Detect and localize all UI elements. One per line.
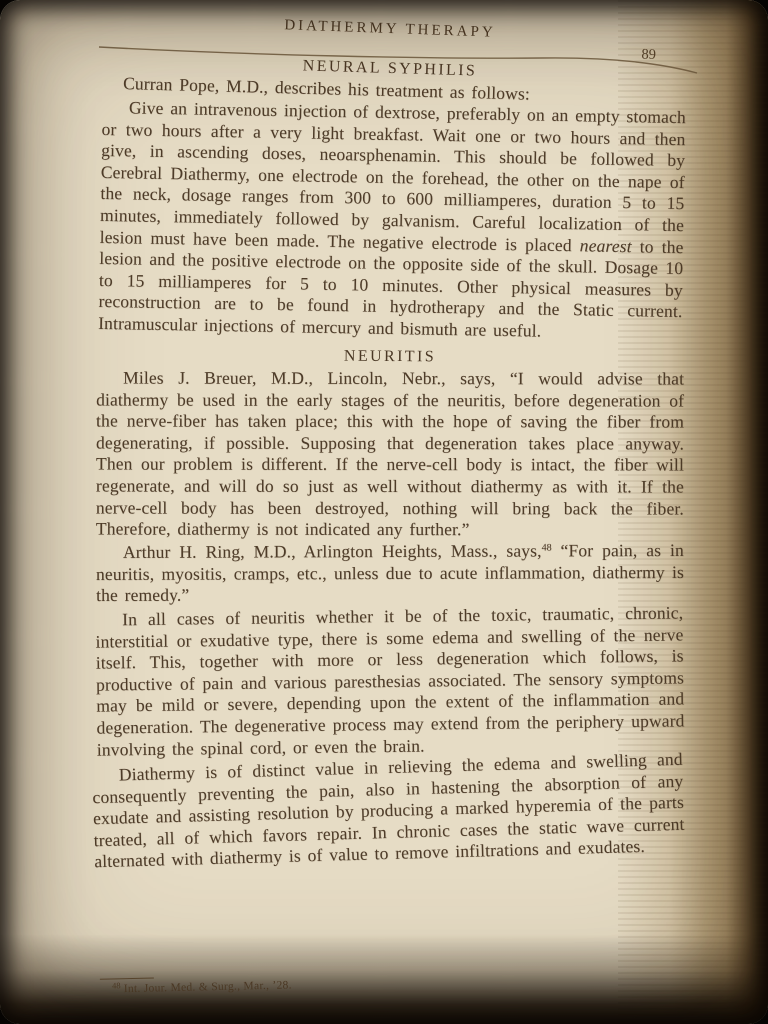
book-page-photo: DIATHERMY THERAPY 89 NEURAL SYPHILIS Cur… [0,0,768,1024]
footnote-rule [100,977,154,979]
page-text-column: NEURAL SYPHILIS Curran Pope, M.D., descr… [96,60,684,865]
ring-text-before-footnote-ref: Arthur H. Ring, M.D., Arlington Heights,… [123,540,542,561]
paragraph-ring-quote: Arthur H. Ring, M.D., Arlington Heights,… [96,540,684,607]
paragraph-breuer-quote: Miles J. Breuer, M.D., Lincoln, Nebr., s… [96,368,684,542]
paragraph-neural-syphilis-treatment: Give an intravenous injection of dextros… [98,97,686,345]
section-heading-neuritis: NEURITIS [96,346,684,369]
treatment-text-before-italic: Give an intravenous injection of dextros… [100,97,687,254]
paragraph-diathermy-value: Diathermy is of distinct value in reliev… [92,749,686,873]
paragraph-neuritis-edema: In all cases of neuritis whether it be o… [95,602,685,760]
footnote-reference-48: 48 [542,542,552,553]
footnote-marker-48: 48 [112,980,121,990]
italicized-word-nearest: nearest [580,234,632,255]
